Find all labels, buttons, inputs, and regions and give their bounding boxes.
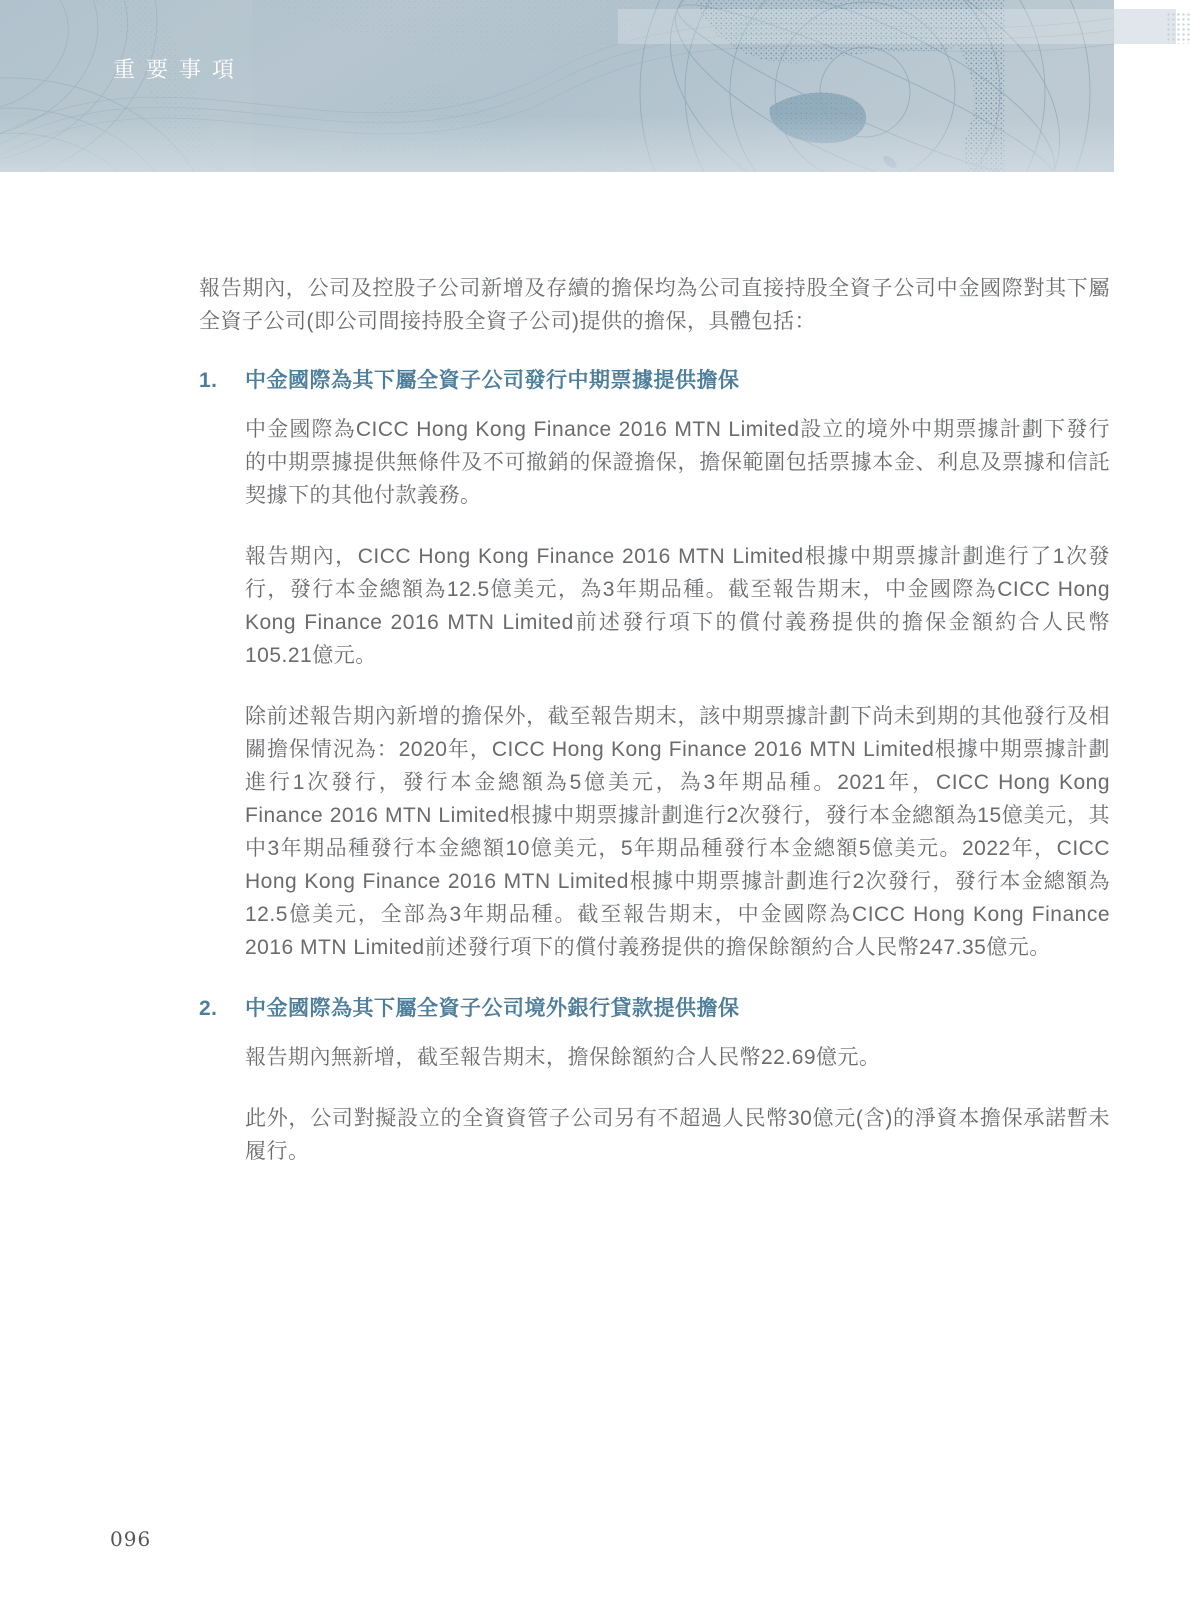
header-light-band — [618, 9, 1114, 44]
paragraph: 除前述報告期內新增的擔保外，截至報告期末，該中期票據計劃下尚未到期的其他發行及相… — [245, 700, 1110, 964]
section-1-title: 中金國際為其下屬全資子公司發行中期票據提供擔保 — [245, 364, 740, 397]
header-corner-speckle — [1166, 12, 1190, 44]
section-2-body: 報告期內無新增，截至報告期末，擔保餘額約合人民幣22.69億元。 此外，公司對擬… — [245, 1041, 1110, 1168]
section-2-heading: 2. 中金國際為其下屬全資子公司境外銀行貸款提供擔保 — [199, 992, 1110, 1025]
document-page: 重要事項 報告期內，公司及控股子公司新增及存續的擔保均為公司直接持股全資子公司中… — [0, 0, 1190, 1615]
paragraph: 報告期內無新增，截至報告期末，擔保餘額約合人民幣22.69億元。 — [245, 1041, 1110, 1074]
intro-paragraph: 報告期內，公司及控股子公司新增及存續的擔保均為公司直接持股全資子公司中金國際對其… — [199, 272, 1110, 338]
section-1-heading: 1. 中金國際為其下屬全資子公司發行中期票據提供擔保 — [199, 364, 1110, 397]
page-number: 096 — [110, 1527, 151, 1551]
main-content: 報告期內，公司及控股子公司新增及存續的擔保均為公司直接持股全資子公司中金國際對其… — [199, 272, 1110, 1196]
paragraph: 此外，公司對擬設立的全資資管子公司另有不超過人民幣30億元(含)的淨資本擔保承諾… — [245, 1102, 1110, 1168]
paragraph: 報告期內，CICC Hong Kong Finance 2016 MTN Lim… — [245, 540, 1110, 672]
paragraph: 中金國際為CICC Hong Kong Finance 2016 MTN Lim… — [245, 413, 1110, 512]
page-title: 重要事項 — [113, 58, 245, 84]
section-1-number: 1. — [199, 364, 245, 397]
section-1-body: 中金國際為CICC Hong Kong Finance 2016 MTN Lim… — [245, 413, 1110, 964]
section-2-title: 中金國際為其下屬全資子公司境外銀行貸款提供擔保 — [245, 992, 740, 1025]
section-2-number: 2. — [199, 992, 245, 1025]
